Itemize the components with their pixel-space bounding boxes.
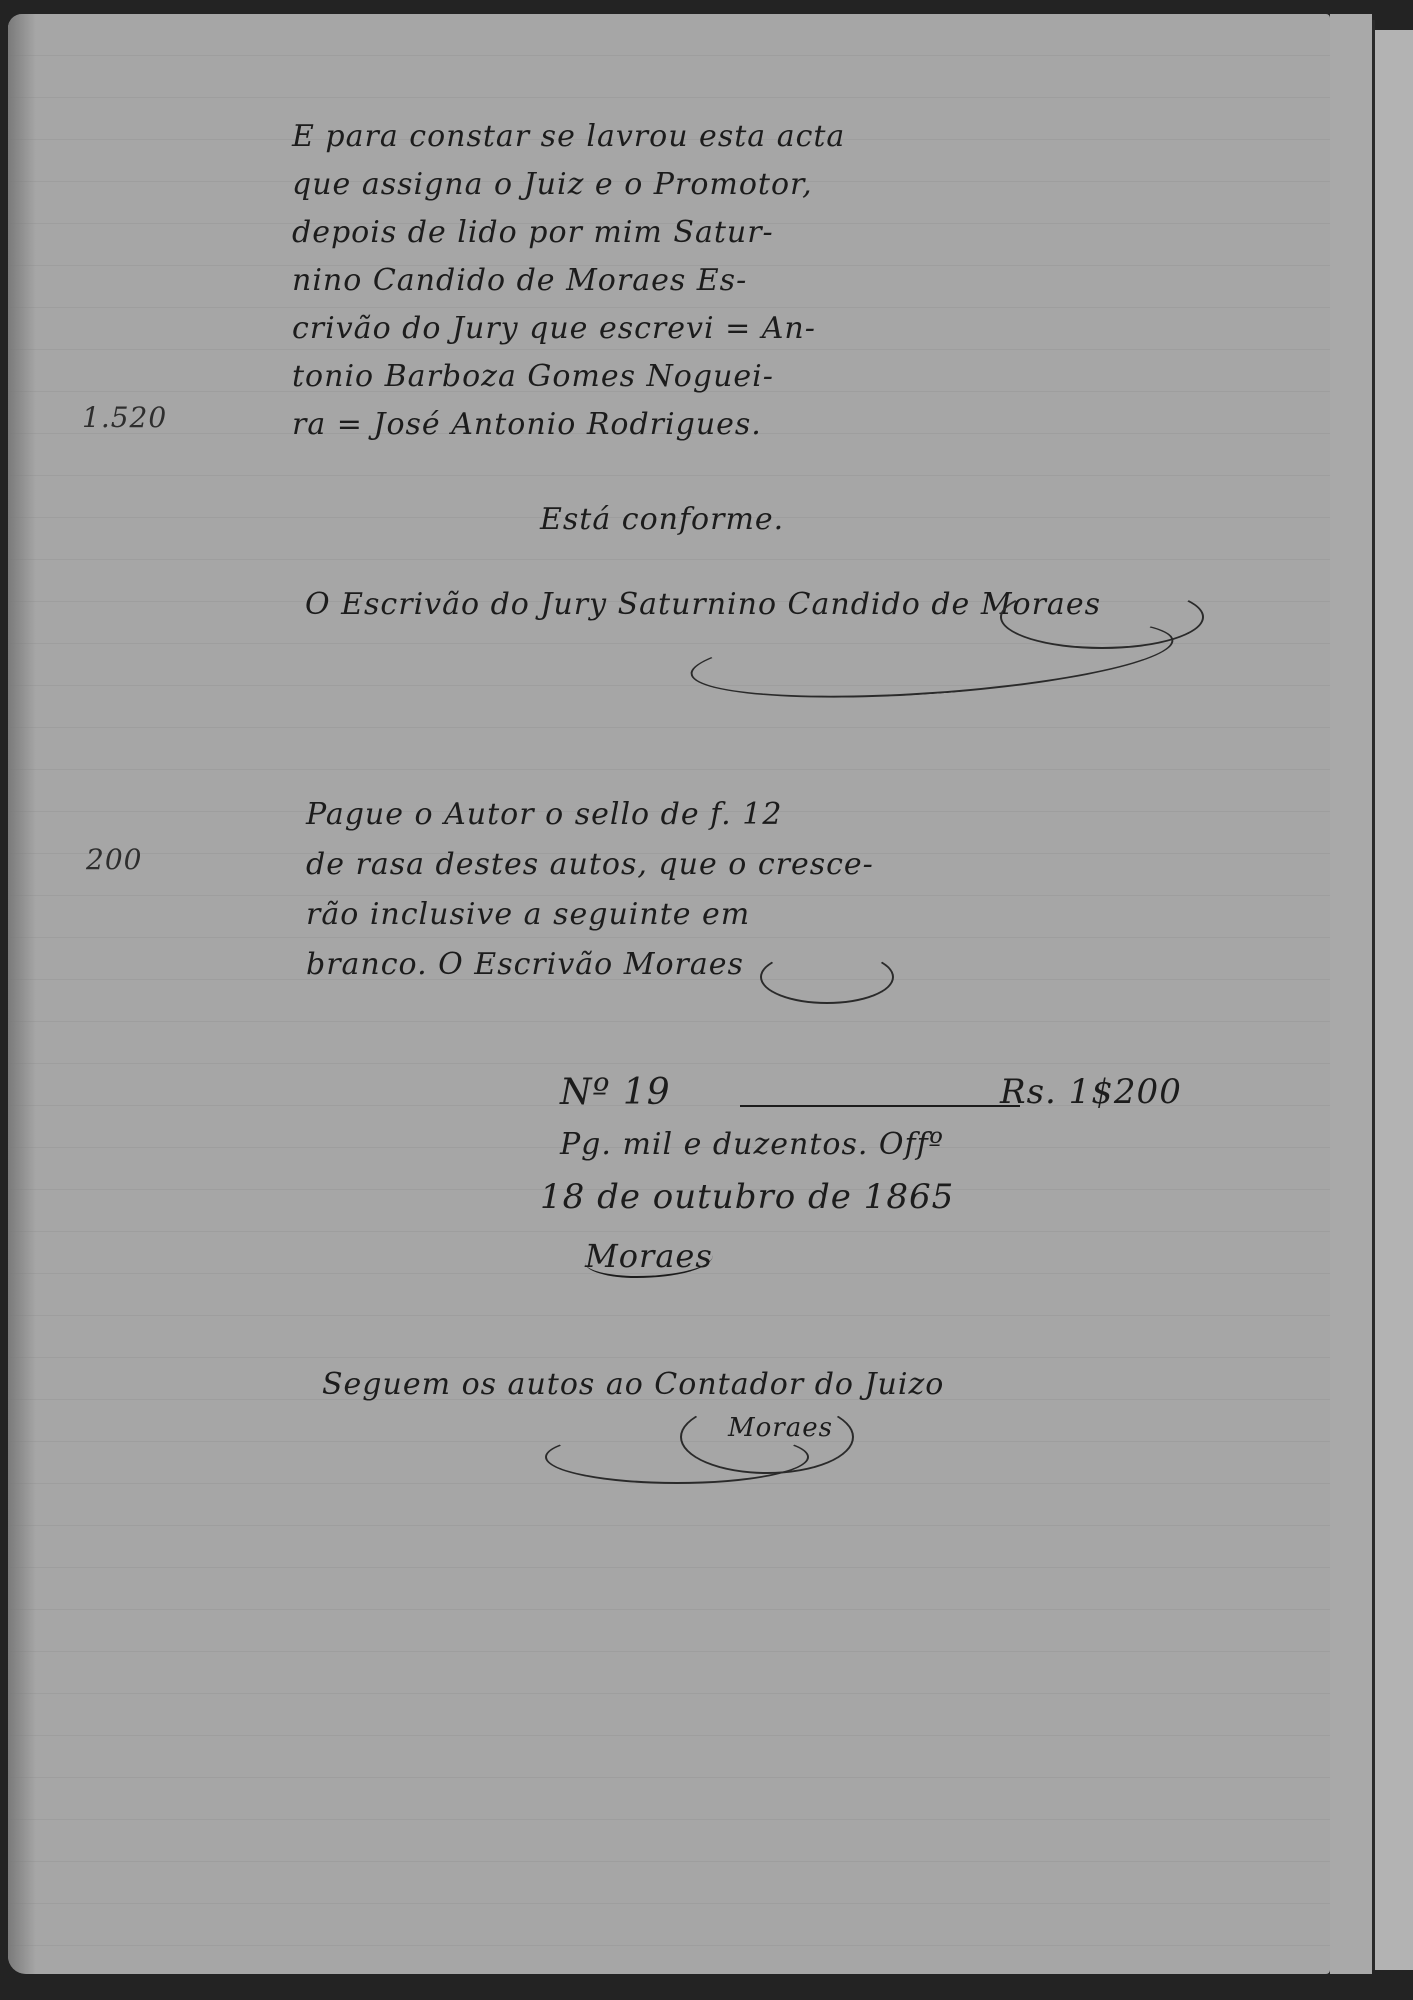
text-line: tonio Barboza Gomes Noguei- xyxy=(292,362,774,392)
page-fold xyxy=(1330,14,1372,1974)
margin-note-fee: 1.520 xyxy=(82,404,167,432)
text-line: nino Candido de Moraes Es- xyxy=(292,266,747,296)
text-line: de rasa destes autos, que o cresce- xyxy=(306,850,874,880)
text-line: que assigna o Juiz e o Promotor, xyxy=(292,170,813,200)
text-line: E para constar se lavrou esta acta xyxy=(292,122,845,152)
text-line: branco. O Escrivão Moraes xyxy=(306,950,744,980)
receipt-number: Nº 19 xyxy=(560,1075,671,1111)
adjacent-page-edge xyxy=(1375,30,1413,1970)
receipt-signature: Moraes xyxy=(585,1240,713,1278)
text-line: depois de lido por mim Satur- xyxy=(292,218,774,248)
signature-loop xyxy=(545,1430,809,1484)
text-line: crivão do Jury que escrevi = An- xyxy=(292,314,816,344)
receipt-date: 18 de outubro de 1865 xyxy=(540,1180,954,1214)
clerk-signature: O Escrivão do Jury Saturnino Candido de … xyxy=(305,590,1101,620)
signature-loop xyxy=(1000,585,1204,649)
signature-flourish xyxy=(760,950,894,1004)
text-line: Pague o Autor o sello de f. 12 xyxy=(306,800,782,830)
margin-note-fee: 200 xyxy=(86,846,142,874)
conformity-heading: Está conforme. xyxy=(540,505,784,535)
receipt-amount-words: Pg. mil e duzentos. Offº xyxy=(560,1130,944,1160)
receipt-dash-line xyxy=(740,1105,1020,1107)
text-line: rão inclusive a seguinte em xyxy=(306,900,750,930)
closing-text: Seguem os autos ao Contador do Juizo xyxy=(322,1370,944,1400)
receipt-amount: Rs. 1$200 xyxy=(1000,1075,1182,1109)
text-line: ra = José Antonio Rodrigues. xyxy=(292,410,762,440)
page-edge-shadow xyxy=(8,14,36,1974)
manuscript-page xyxy=(8,14,1330,1974)
